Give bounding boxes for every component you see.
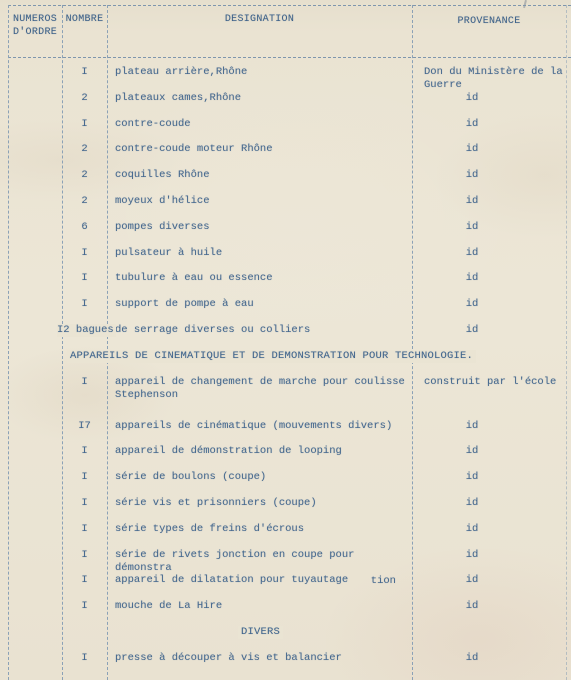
cell-numero-ordre: [8, 118, 62, 144]
designation-line1: appareil de changement de marche pour co…: [115, 376, 412, 389]
nombre-value: I: [81, 652, 87, 664]
cell-provenance: id: [412, 497, 566, 523]
cell-numero-ordre: [8, 549, 62, 575]
column-header-provenance: PROVENANCE: [412, 15, 566, 28]
cell-designation: de serrage diverses ou colliers: [107, 324, 412, 350]
cell-designation: appareils de cinématique (mouvements div…: [107, 420, 412, 446]
designation-line1: tubulure à eau ou essence: [115, 272, 412, 285]
table-row: I série types de freins d'écrous id: [8, 523, 566, 549]
cell-designation: support de pompe à eau: [107, 298, 412, 324]
cell-nombre: I: [62, 523, 107, 549]
cell-numero-ordre: [8, 471, 62, 497]
designation-line1: contre-coude moteur Rhône: [115, 143, 412, 156]
cell-designation: contre-coude moteur Rhône: [107, 143, 412, 169]
cell-designation: série de boulons (coupe): [107, 471, 412, 497]
designation-line1: série types de freins d'écrous: [115, 523, 412, 536]
cell-nombre: I: [62, 574, 107, 600]
cell-numero-ordre: [8, 324, 62, 350]
cell-provenance: id: [412, 298, 566, 324]
cell-nombre: I: [62, 497, 107, 523]
designation-line1: de serrage diverses ou colliers: [115, 324, 412, 337]
cell-designation: mouche de La Hire: [107, 600, 412, 626]
cell-provenance: id: [412, 420, 566, 446]
cell-nombre: I: [62, 652, 107, 678]
table-row: I pulsateur à huile id: [8, 247, 566, 273]
cell-provenance: id: [412, 549, 566, 575]
cell-provenance: id: [412, 92, 566, 118]
cell-provenance: id: [412, 195, 566, 221]
nombre-value: 2: [81, 92, 87, 104]
cell-nombre: 2: [62, 143, 107, 169]
designation-line1: pulsateur à huile: [115, 247, 412, 260]
cell-designation: série vis et prisonniers (coupe): [107, 497, 412, 523]
cell-provenance: id: [412, 143, 566, 169]
cell-designation: appareil de changement de marche pour co…: [107, 376, 412, 420]
cell-nombre: I: [62, 445, 107, 471]
cell-provenance: id: [412, 523, 566, 549]
cell-provenance: id: [412, 169, 566, 195]
cell-nombre: 2: [62, 195, 107, 221]
table-row: I série de rivets jonction en coupe pour…: [8, 549, 566, 575]
table-row: 6 pompes diverses id: [8, 221, 566, 247]
cell-designation: série types de freins d'écrous: [107, 523, 412, 549]
section-header-row: DIVERS: [8, 626, 566, 652]
cell-provenance: id: [412, 600, 566, 626]
cell-designation: coquilles Rhône: [107, 169, 412, 195]
designation-line1: mouche de La Hire: [115, 600, 412, 613]
cell-nombre: 6: [62, 221, 107, 247]
table-row: 2 moyeux d'hélice id: [8, 195, 566, 221]
cell-nombre: I7: [62, 420, 107, 446]
table-row: I appareil de dilatation pour tuyautage …: [8, 574, 566, 600]
table-row: 2 coquilles Rhône id: [8, 169, 566, 195]
table-border-top: [8, 5, 571, 6]
designation-line1: plateau arrière,Rhône: [115, 66, 412, 79]
cell-numero-ordre: [8, 169, 62, 195]
cell-provenance: id: [412, 324, 566, 350]
cell-designation: presse à découper à vis et balancier: [107, 652, 412, 678]
nombre-value: I: [81, 549, 87, 561]
designation-line2: Stephenson: [115, 389, 412, 402]
section-header-row: APPAREILS DE CINEMATIQUE ET DE DEMONSTRA…: [8, 350, 566, 376]
section-title: APPAREILS DE CINEMATIQUE ET DE DEMONSTRA…: [67, 350, 476, 363]
nombre-value: I: [81, 445, 87, 457]
cell-numero-ordre: [8, 195, 62, 221]
designation-line1: plateaux cames,Rhône: [115, 92, 412, 105]
cell-numero-ordre: [8, 420, 62, 446]
designation-line1: coquilles Rhône: [115, 169, 412, 182]
designation-line1: série vis et prisonniers (coupe): [115, 497, 412, 510]
nombre-value: 2: [81, 195, 87, 207]
nombre-value: I7: [78, 420, 91, 432]
designation-line1: appareil de dilatation pour tuyautage: [115, 574, 412, 587]
table-row: I contre-coude id: [8, 118, 566, 144]
cell-designation: plateaux cames,Rhône: [107, 92, 412, 118]
cell-provenance: id: [412, 574, 566, 600]
table-row: 2 contre-coude moteur Rhône id: [8, 143, 566, 169]
column-header-designation: DESIGNATION: [107, 13, 412, 26]
nombre-value: I: [81, 272, 87, 284]
section-title: DIVERS: [238, 626, 283, 639]
designation-line1: série de rivets jonction en coupe pour d…: [115, 549, 412, 575]
table-row: I tubulure à eau ou essence id: [8, 272, 566, 298]
column-header-nombre: NOMBRE: [62, 13, 107, 26]
cell-nombre: I: [62, 247, 107, 273]
nombre-value: I: [81, 376, 87, 388]
cell-provenance: Don du Ministère de la Guerre: [412, 66, 566, 92]
nombre-value: I: [81, 118, 87, 130]
nombre-value: 2: [81, 143, 87, 155]
cell-provenance: id: [412, 221, 566, 247]
cell-nombre: 2: [62, 169, 107, 195]
table-body: I plateau arrière,Rhône Don du Ministère…: [8, 57, 566, 678]
cell-numero-ordre: [8, 221, 62, 247]
cell-designation: appareil de dilatation pour tuyautage: [107, 574, 412, 600]
cell-nombre: 2: [62, 92, 107, 118]
designation-line1: support de pompe à eau: [115, 298, 412, 311]
designation-line1: contre-coude: [115, 118, 412, 131]
table-row: I7 appareils de cinématique (mouvements …: [8, 420, 566, 446]
nombre-value: I: [81, 247, 87, 259]
nombre-value: I: [81, 298, 87, 310]
table-row: I mouche de La Hire id: [8, 600, 566, 626]
nombre-value: I: [81, 497, 87, 509]
cell-nombre: I: [62, 471, 107, 497]
cell-nombre: I: [62, 600, 107, 626]
table-row: I appareil de démonstration de looping i…: [8, 445, 566, 471]
nombre-value: I: [81, 523, 87, 535]
cell-provenance: id: [412, 118, 566, 144]
cell-numero-ordre: [8, 497, 62, 523]
table-row: I support de pompe à eau id: [8, 298, 566, 324]
designation-line1: série de boulons (coupe): [115, 471, 412, 484]
cell-provenance: id: [412, 652, 566, 678]
designation-line1: pompes diverses: [115, 221, 412, 234]
cell-numero-ordre: [8, 523, 62, 549]
cell-designation: contre-coude: [107, 118, 412, 144]
table-row: 2 plateaux cames,Rhône id: [8, 92, 566, 118]
cell-nombre: I: [62, 66, 107, 92]
cell-designation: moyeux d'hélice: [107, 195, 412, 221]
cell-numero-ordre: [8, 298, 62, 324]
table-row: I presse à découper à vis et balancier i…: [8, 652, 566, 678]
table-row: I plateau arrière,Rhône Don du Ministère…: [8, 66, 566, 92]
cell-numero-ordre: [8, 66, 62, 92]
designation-line1: appareils de cinématique (mouvements div…: [115, 420, 412, 433]
cell-designation: appareil de démonstration de looping: [107, 445, 412, 471]
cell-designation: tubulure à eau ou essence: [107, 272, 412, 298]
cell-nombre: I: [62, 549, 107, 575]
cell-nombre: I: [62, 272, 107, 298]
cell-provenance: id: [412, 445, 566, 471]
nombre-value: I: [81, 471, 87, 483]
table-border-right: [566, 5, 567, 680]
cell-designation: pompes diverses: [107, 221, 412, 247]
cell-numero-ordre: [8, 600, 62, 626]
table-row: I série vis et prisonniers (coupe) id: [8, 497, 566, 523]
table-row: I appareil de changement de marche pour …: [8, 376, 566, 420]
cell-nombre: I: [62, 298, 107, 324]
cell-nombre: I: [62, 118, 107, 144]
cell-provenance: id: [412, 272, 566, 298]
cell-numero-ordre: [8, 574, 62, 600]
cell-numero-ordre: [8, 376, 62, 420]
cell-nombre: I2 bagues: [62, 324, 107, 350]
nombre-value: I: [81, 66, 87, 78]
nombre-value: I: [81, 600, 87, 612]
table-row: I série de boulons (coupe) id: [8, 471, 566, 497]
cell-numero-ordre: [8, 652, 62, 678]
cell-numero-ordre: [8, 272, 62, 298]
cell-numero-ordre: [8, 143, 62, 169]
nombre-value: I2 bagues: [57, 324, 116, 337]
table-row: I2 bagues de serrage diverses ou collier…: [8, 324, 566, 350]
cell-numero-ordre: [8, 247, 62, 273]
nombre-value: 2: [81, 169, 87, 181]
column-header-numeros-ordre: NUMEROS D'ORDRE: [8, 13, 62, 39]
cell-numero-ordre: [8, 92, 62, 118]
cell-provenance: id: [412, 247, 566, 273]
designation-line1: appareil de démonstration de looping: [115, 445, 412, 458]
designation-line1: presse à découper à vis et balancier: [115, 652, 412, 665]
cell-designation: pulsateur à huile: [107, 247, 412, 273]
nombre-value: 6: [81, 221, 87, 233]
cell-provenance: construit par l'école: [412, 376, 566, 420]
cell-numero-ordre: [8, 445, 62, 471]
designation-line1: moyeux d'hélice: [115, 195, 412, 208]
cell-designation: plateau arrière,Rhône: [107, 66, 412, 92]
cell-nombre: I: [62, 376, 107, 420]
scanned-inventory-document: NUMEROS D'ORDRE NOMBRE DESIGNATION PROVE…: [0, 0, 571, 680]
nombre-value: I: [81, 574, 87, 586]
cell-designation: série de rivets jonction en coupe pour d…: [107, 549, 412, 575]
cell-provenance: id: [412, 471, 566, 497]
